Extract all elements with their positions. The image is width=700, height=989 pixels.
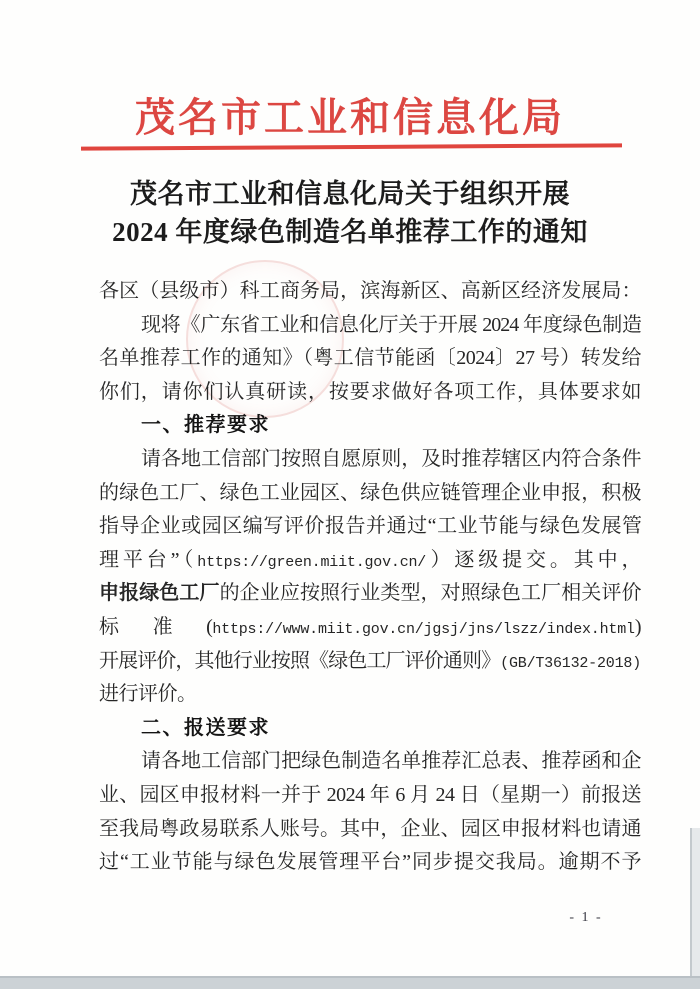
body-line: 名单推荐工作的通知》（粤工信节能函〔2024〕27 号）转发给 [99, 342, 641, 376]
text-run: 请各地工信部门把绿色制造名单推荐汇总表、推荐函和企 [141, 750, 641, 772]
text-run: 的绿色工厂、绿色工业园区、绿色供应链管理企业申报，积极 [99, 482, 641, 504]
text-run: 各区（县级市）科工商务局，滨海新区、高新区经济发展局： [99, 280, 641, 302]
text-run: ）逐级提交。其中， [426, 549, 641, 571]
agency-letterhead: 茂名市工业和信息化局 [0, 86, 700, 143]
scan-edge-bottom [0, 976, 700, 989]
body-line: 进行评价。 [99, 678, 641, 712]
text-run: 名单推荐工作的通知》（粤工信节能函〔2024〕27 号）转发给 [99, 347, 641, 369]
title-line-2: 2024 年度绿色制造名单推荐工作的通知 [0, 214, 700, 252]
text-run: 进行评价。 [99, 683, 197, 705]
document-body: 各区（县级市）科工商务局，滨海新区、高新区经济发展局：现将《广东省工业和信息化厅… [99, 275, 641, 880]
text-run: 请各地工信部门按照自愿原则，及时推荐辖区内符合条件 [141, 448, 641, 470]
body-line: 业、园区申报材料一并于 2024 年 6 月 24 日（星期一）前报送 [99, 779, 641, 813]
body-line: 现将《广东省工业和信息化厅关于开展 2024 年度绿色制造 [99, 309, 641, 343]
text-run: 现将《广东省工业和信息化厅关于开展 2024 年度绿色制造 [141, 314, 641, 336]
body-line: 标准(https://www.miit.gov.cn/jgsj/jns/lszz… [99, 611, 641, 645]
text-run: 指导企业或园区编写评价报告并通过“工业节能与绿色发展管 [99, 515, 641, 537]
url-text: https://green.miit.gov.cn/ [197, 554, 426, 571]
title-line-1: 茂名市工业和信息化局关于组织开展 [0, 176, 700, 214]
text-run: 申报绿色工厂 [99, 582, 220, 604]
text-run: 至我局粤政易联系人账号。其中，企业、园区申报材料也请通 [99, 818, 641, 840]
document-page: 茂名市工业和信息化局 茂名市工业和信息化局关于组织开展 2024 年度绿色制造名… [0, 0, 700, 989]
text-run: ) [635, 616, 641, 638]
body-line: 你们，请你们认真研读，按要求做好各项工作，具体要求如下： [99, 376, 641, 410]
text-run: 业、园区申报材料一并于 2024 年 6 月 24 日（星期一）前报送 [99, 784, 641, 806]
text-run: 的企业应按照行业类型，对照绿色工厂相关评价 [220, 582, 641, 604]
page-number: - 1 - [536, 910, 636, 926]
text-run: 你们，请你们认真研读，按要求做好各项工作，具体要求如下： [99, 381, 641, 410]
section-heading: 二、报送要求 [99, 712, 641, 746]
scan-edge-right [690, 828, 700, 989]
body-line: 指导企业或园区编写评价报告并通过“工业节能与绿色发展管 [99, 510, 641, 544]
document-title: 茂名市工业和信息化局关于组织开展 2024 年度绿色制造名单推荐工作的通知 [0, 176, 700, 251]
url-text: (GB/T36132-2018) [500, 655, 641, 672]
body-line: 各区（县级市）科工商务局，滨海新区、高新区经济发展局： [99, 275, 641, 309]
text-run: 过“工业节能与绿色发展管理平台”同步提交我局。逾期不予 [99, 851, 641, 873]
body-line: 过“工业节能与绿色发展管理平台”同步提交我局。逾期不予 [99, 846, 641, 880]
body-line: 的绿色工厂、绿色工业园区、绿色供应链管理企业申报，积极 [99, 477, 641, 511]
body-line: 理平台”（https://green.miit.gov.cn/）逐级提交。其中， [99, 544, 641, 578]
scanned-document: { "colors": { "accent_red": "#dc4742", "… [0, 0, 700, 989]
section-heading: 一、推荐要求 [99, 409, 641, 443]
body-line: 申报绿色工厂的企业应按照行业类型，对照绿色工厂相关评价 [99, 577, 641, 611]
body-line: 请各地工信部门把绿色制造名单推荐汇总表、推荐函和企 [99, 745, 641, 779]
body-line: 开展评价，其他行业按照《绿色工厂评价通则》(GB/T36132-2018) [99, 645, 641, 679]
text-run: 一、推荐要求 [141, 414, 270, 436]
url-text: https://www.miit.gov.cn/jgsj/jns/lszz/in… [212, 621, 634, 638]
letterhead-divider-rule [81, 143, 622, 150]
body-line: 至我局粤政易联系人账号。其中，企业、园区申报材料也请通 [99, 813, 641, 847]
text-run: 标准( [99, 616, 212, 638]
text-run: 二、报送要求 [141, 717, 270, 739]
text-run: 理平台”（ [99, 549, 197, 571]
body-line: 请各地工信部门按照自愿原则，及时推荐辖区内符合条件 [99, 443, 641, 477]
text-run: 开展评价，其他行业按照《绿色工厂评价通则》 [99, 650, 500, 672]
